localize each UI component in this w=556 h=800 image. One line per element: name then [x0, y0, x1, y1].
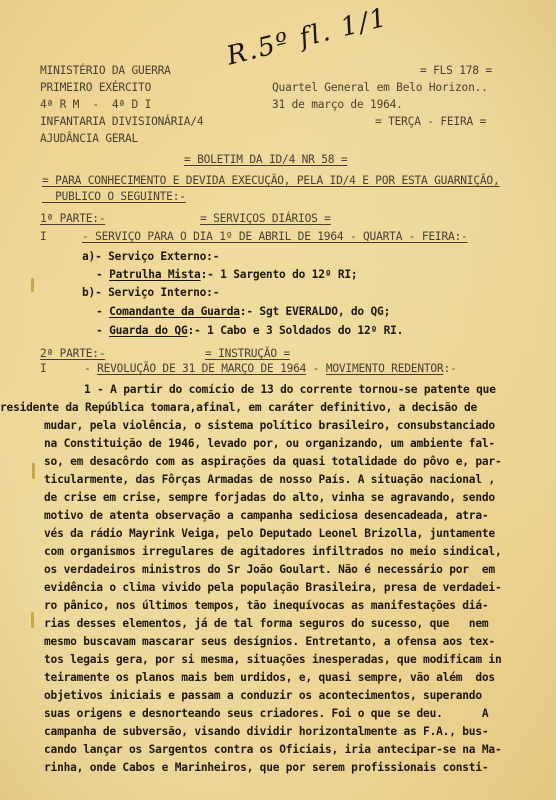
body-line: rinha, onde Cabos e Marinheiros, que por…: [44, 761, 488, 774]
body-line: mudar, pela violência, o sistema polític…: [44, 419, 495, 432]
body-line: os verdadeiros ministros do Sr João Goul…: [44, 563, 495, 576]
header-ministry: MINISTÉRIO DA GUERRA: [40, 64, 171, 77]
part2-label: 2ª PARTE:-: [40, 347, 105, 360]
header-infantry: INFANTARIA DIVISIONÁRIA/4: [40, 115, 203, 128]
body-line: cando lançar os Sargentos contra os Ofic…: [44, 743, 501, 756]
body-line: teiramente os planos mais bem urdidos, e…: [44, 671, 495, 684]
header-army: PRIMEIRO EXÉRCITO: [40, 81, 151, 94]
internal-item-value: :- Sgt EVERALDO, do QG;: [240, 305, 390, 318]
bulletin-title: = BOLETIM DA ID/4 NR 58 =: [184, 153, 347, 166]
header-weekday: = TERÇA - FEIRA =: [375, 115, 486, 128]
intro-line-1: = PARA CONHECIMENTO E DEVIDA EXECUÇÃO, P…: [42, 174, 499, 187]
part1-title: = SERVIÇOS DIÁRIOS =: [200, 212, 331, 225]
handwritten-signature: R.5º fl. 1/1: [224, 2, 392, 71]
internal-item: - Comandante da Guarda:- Sgt EVERALDO, d…: [96, 305, 390, 318]
header-date: 31 de março de 1964.: [272, 98, 403, 111]
part1-label: 1ª PARTE:-: [40, 212, 105, 225]
header-adjutancy: AJUDÂNCIA GERAL: [40, 132, 138, 145]
intro-line-2: PUBLICO O SEGUINTE:-: [42, 190, 186, 203]
body-line: so, em desacôrdo com as aspirações da qu…: [44, 455, 501, 468]
body-line: de crise em crise, sempre forjadas do al…: [44, 491, 495, 504]
header-place: Quartel General em Belo Horizon..: [272, 81, 488, 94]
internal-item-label: Comandante da Guarda: [109, 305, 240, 318]
body-line: campanha de subversão, visando dividir h…: [44, 725, 488, 738]
part2-item-title: - REVOLUÇÃO DE 31 DE MARÇO DE 1964 - MOV…: [84, 362, 457, 375]
internal-service-label: b)- Serviço Interno:-: [82, 286, 219, 299]
part2-title: = INSTRUÇÃO =: [205, 347, 290, 360]
internal-item: - Guarda do QG:- 1 Cabo e 3 Soldados do …: [96, 324, 403, 337]
external-item-value: :- 1 Sargento do 12º RI;: [201, 268, 358, 281]
typewritten-bulletin-page: R.5º fl. 1/1 MINISTÉRIO DA GUERRA PRIMEI…: [0, 0, 556, 800]
part1-numeral: I: [40, 230, 47, 243]
margin-mark: [31, 612, 34, 628]
body-line: objetivos iniciais e passam a conduzir o…: [44, 689, 482, 702]
external-service-label: a)- Serviço Externo:-: [82, 250, 219, 263]
body-line: ro pânico, nos últimos tempos, tão inequ…: [44, 599, 488, 612]
internal-item-value: :- 1 Cabo e 3 Soldados do 12º RI.: [188, 324, 404, 337]
body-line: vés da rádio Mayrink Veiga, pelo Deputad…: [44, 527, 495, 540]
body-line: 1 - A partir do comício de 13 do corrent…: [84, 383, 496, 396]
folio-number: = FLS 178 =: [420, 64, 492, 77]
header-region: 4ª R M - 4ª D I: [40, 98, 151, 111]
external-item-label: Patrulha Mista: [109, 268, 201, 281]
body-line: residente da República tomara,afinal, em…: [0, 401, 477, 414]
part2-item-title-a: REVOLUÇÃO DE 31 DE MARÇO DE 1964: [97, 362, 306, 375]
internal-item-label: Guarda do QG: [109, 324, 187, 337]
body-line: na Constituição de 1946, levado por, ou …: [44, 437, 495, 450]
body-line: com organismos irregulares de agitadores…: [44, 545, 501, 558]
margin-mark: [32, 463, 35, 479]
body-line: ticularmente, das Fôrças Armadas de noss…: [44, 473, 495, 486]
body-line: evidência o clima vivido pela população …: [44, 581, 501, 594]
body-line: motivo de atenta observação a campanha s…: [44, 509, 488, 522]
part2-item-title-b: MOVIMENTO REDENTOR: [326, 362, 444, 375]
body-line: tos legais gera, por si mesma, situações…: [44, 653, 501, 666]
external-item: - Patrulha Mista:- 1 Sargento do 12º RI;: [96, 268, 357, 281]
body-line: rias desses elementos, já de tal forma s…: [44, 617, 488, 630]
body-line: mesmo buscavam mascarar seus desígnios. …: [44, 635, 495, 648]
part2-numeral: I: [40, 362, 47, 375]
body-line: suas origens e desnorteando seus criador…: [44, 707, 488, 720]
part1-item-title: - SERVIÇO PARA O DIA 1º DE ABRIL DE 1964…: [82, 230, 468, 243]
margin-mark: [31, 278, 34, 292]
